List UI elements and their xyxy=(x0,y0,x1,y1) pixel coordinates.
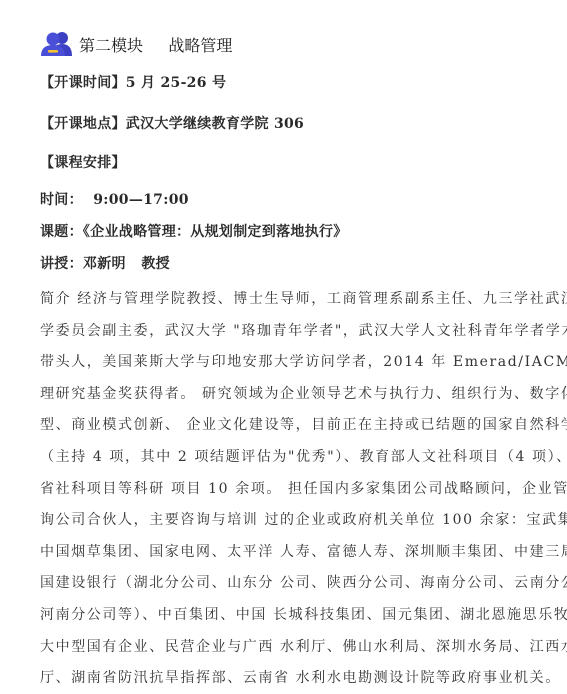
bio-line: 河南分公司等）、中百集团、中国 长城科技集团、国元集团、湖北恩施思乐牧业等 xyxy=(40,600,544,632)
bio-line: 国建设银行（湖北分公司、山东分 公司、陕西分公司、海南分公司、云南分公司、 xyxy=(40,568,544,600)
bio-line: 省社科项目等科研 项目 10 余项。 担任国内多家集团公司战略顾问，企业管理咨 xyxy=(40,474,544,506)
schedule-topic: 课题：《企业战略管理：从规划制定到落地执行》 xyxy=(40,221,348,241)
user-group-icon xyxy=(40,31,74,57)
schedule-time: 时间： 9:00—17:00 xyxy=(40,189,189,209)
bio-line: （主持 4 项，其中 2 项结题评估为"优秀"）、教育部人文社科项目（4 项）、… xyxy=(40,442,544,474)
bio-line: 型、商业模式创新、 企业文化建设等，目前正在主持或已结题的国家自然科学基金 xyxy=(40,410,544,442)
bio-line: 简介 经济与管理学院教授、博士生导师，工商管理系副系主任、九三学社武汉大 xyxy=(40,284,544,316)
bio-line: 中国烟草集团、国家电网、太平洋 人寿、富德人寿、深圳顺丰集团、中建三局、中 xyxy=(40,537,544,569)
module-title: 第二模块 战略管理 xyxy=(79,33,232,56)
bio-line: 理研究基金奖获得者。 研究领域为企业领导艺术与执行力、组织行为、数字化转 xyxy=(40,379,544,411)
lecturer-bio: 简介 经济与管理学院教授、博士生导师，工商管理系副系主任、九三学社武汉大 学委员… xyxy=(40,284,544,694)
module-title-row: 第二模块 战略管理 xyxy=(40,30,232,58)
bio-line: 带头人，美国莱斯大学与印地安那大学访问学者，2014 年 Emerad/IACM… xyxy=(40,347,544,379)
bio-line: 学委员会副主委，武汉大学 "珞珈青年学者"，武汉大学人文社科青年学者学术团队 xyxy=(40,316,544,348)
bio-line: 询公司合伙人，主要咨询与培训 过的企业或政府机关单位 100 余家：宝武集团、 xyxy=(40,505,544,537)
schedule-lecturer: 讲授：邓新明 教授 xyxy=(40,253,170,273)
bio-line: 大中型国有企业、民营企业与广西 水利厅、佛山水利局、深圳水务局、江西水利 xyxy=(40,632,544,664)
course-time: 【开课时间】5 月 25-26 号 xyxy=(40,72,226,92)
schedule-heading: 【课程安排】 xyxy=(40,152,126,172)
bio-line: 厅、湖南省防汛抗旱指挥部、云南省 水利水电勘测设计院等政府事业机关。 xyxy=(40,663,544,694)
course-location: 【开课地点】武汉大学继续教育学院 306 xyxy=(40,113,304,133)
